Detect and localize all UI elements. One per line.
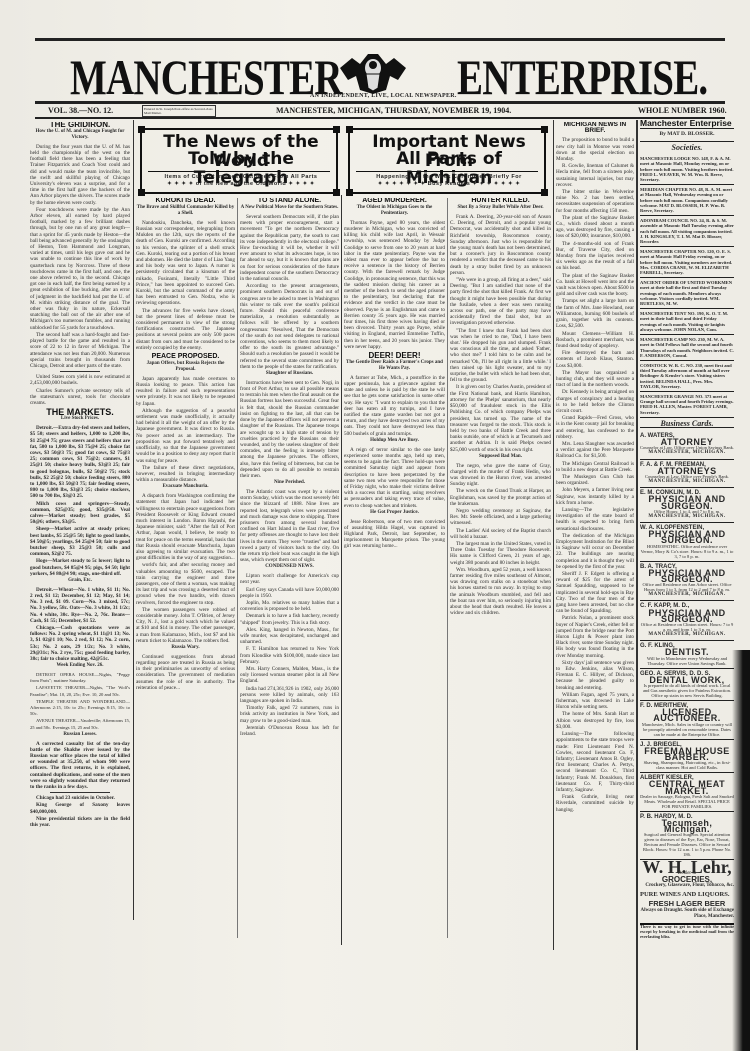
card-detail: Manchester, Mich. Sales in village or co… [640, 722, 734, 737]
article-paragraph: Jesse Robertson, one of two men convicte… [344, 519, 445, 550]
society-listing: ADONIRAM COUNCIL NO. 24, R. & S. M. asse… [640, 216, 734, 247]
market-paragraph: Sheep—Market active at steady prices; be… [30, 526, 130, 557]
brief-item: Fire destroyed the barn and contents of … [556, 350, 634, 369]
card-city: MANCHESTER, MICHIGAN. [640, 514, 734, 520]
directory-paper-name: Manchester Enterprise [640, 120, 734, 129]
article-paragraph: According to the present arrangements, p… [240, 283, 339, 370]
card-city: MANCHESTER, MICHIGAN. [640, 479, 734, 485]
condensed-item: India had 274,361,926 in 1902, only 26,0… [240, 686, 339, 705]
business-card: F. D. MERITHEW,LICENSED AUCTIONEER.Manch… [640, 701, 734, 740]
grain-paragraph: Chicago.—Cash quotations were as follows… [30, 625, 130, 662]
column-4: AGED MURDERER. The Oldest in Michigan Go… [344, 198, 445, 938]
business-card: B. A. TRACY,PHYSICIAN AND SURGEON.Office… [640, 562, 734, 602]
brief-item: The dedication of the Michigan Employmen… [556, 533, 634, 570]
markets-subheading: Live Stock Prices. [30, 416, 130, 422]
article-paragraph: Thomas Payne, aged 80 years, the oldest … [344, 220, 445, 350]
masthead-top-rule [35, 38, 725, 41]
kuroki-subheading: The Brave and Skillful Commander Killed … [136, 205, 235, 217]
nine-perished-heading: Nine Perished. [240, 480, 339, 486]
society-listing: MANCHESTER TENT NO. 190, K. O. T. M. mee… [640, 309, 734, 335]
society-listing: MERIDIAN CHAPTER NO. 48, R. A. M. meet a… [640, 185, 734, 216]
russian-losses-heading: Russian Losses. [30, 732, 130, 738]
lehr-wines: PURE WINES AND LIQUORS. [640, 892, 734, 898]
volume-number: VOL. 38.—NO. 12. [48, 106, 113, 115]
theater-line: LAFAYETTE THEATER—Nights, "The Wolf's Pa… [30, 685, 130, 697]
brief-item: Dr. Kennedy is being arraigned on charge… [556, 389, 634, 414]
proper-justice-heading: He Got Proper Justice. [344, 510, 445, 516]
brief-item: William Fagan, aged 75 years, a fisherma… [556, 692, 634, 711]
card-detail: Office at Residence on Clinton street. H… [640, 622, 734, 632]
hunter-killed-subheading: Shot By a Stray Bullet While After Deer. [450, 205, 551, 211]
card-detail: Will be in Manchester every Wednesday an… [640, 656, 734, 666]
business-card: A. WATERS,ATTORNEYCounselor at Law. Offi… [640, 431, 734, 460]
business-card: G. F. KLING,DENTIST.Will be in Mancheste… [640, 641, 734, 668]
card-title: LICENSED AUCTIONEER. [640, 709, 734, 721]
brief-item: Grand Rapids—Fred Gross, who is in the K… [556, 415, 634, 440]
article-paragraph: The negro, who gave the name of Gray, ch… [450, 463, 551, 488]
article-paragraph: The failure of these direct negotiations… [136, 465, 235, 484]
article-paragraph: During the four years that the U. of M. … [30, 144, 130, 206]
article-paragraph: The advances for five weeks have closed,… [136, 308, 235, 351]
russia-wary-heading: Russia Wary. [136, 645, 235, 651]
condensed-item: Earl Grey says Canada will have 50,000,0… [240, 587, 339, 599]
card-title: FREEMAN HOUSE BARBER. [640, 748, 734, 760]
card-title: Tecumseh, Michigan. [640, 820, 734, 832]
lehr-beer-sub: Always on Draught. South side of Exchang… [640, 908, 734, 920]
article-paragraph: Nandoukiu, Dancheka, the well known Russ… [136, 220, 235, 307]
business-card: C. F. KAPP, M. D.,PHYSICIAN AND SURGEON.… [640, 601, 734, 641]
brief-item: The Mayor has organized a hunting club, … [556, 370, 634, 389]
column-divider [636, 120, 638, 1050]
article-paragraph: "We were in a group, all firing at a dee… [450, 277, 551, 327]
theater-line: AVENUE THEATER—Vaudeville; Afternoons 15… [30, 718, 130, 730]
article-paragraph: A dispatch from Washington confirming th… [136, 493, 235, 561]
condensed-item: Denmark is to have a fish hatchery, rece… [240, 613, 339, 625]
brief-item: The plant of the Saginaw Basket Co., whi… [556, 215, 634, 240]
bad-man-heading: Supposed Bad Man. [450, 454, 551, 460]
market-paragraph: Detroit.—Extra dry-fed steers and heifer… [30, 425, 130, 499]
brief-item: Sixty days' jail sentence was given to E… [556, 660, 634, 691]
deer-subheading: The Gentle Deer Raids a Farmer's Crops a… [344, 360, 445, 372]
column-divider [447, 198, 448, 938]
card-title: PHYSICIAN AND SURGEON. [640, 570, 734, 582]
article-paragraph: Instructions have been sent to Gen. Nogi… [240, 380, 339, 479]
article-paragraph: A corrected casualty list of the ten-day… [30, 741, 130, 791]
article-paragraph: Four touchdowns were made by the Ann Arb… [30, 207, 130, 331]
theaters-heading: Week Ending Nov. 26. [30, 663, 130, 669]
michigan-news-subtitle-line1: Happenings of the Week Chronicled Briefl… [354, 174, 544, 180]
brief-item: The home of Mrs. Sarah Hart at Albion wa… [556, 711, 634, 730]
card-city: MANCHESTER, MICHIGAN. [640, 632, 734, 638]
card-title: PHYSICIAN AND SURGEON. [640, 496, 734, 508]
brief-item: The Muskegon Gun Club has been organized… [556, 474, 634, 486]
card-detail: Is prepared to do all kinds of dental wo… [640, 683, 734, 698]
michigan-brief-heading: MICHIGAN NEWS IN BRIEF. [556, 122, 634, 134]
brief-item: Negro wedding ceremony at Saginaw, the R… [450, 508, 551, 527]
society-listing: MANCHESTER CAMP NO. 230, M. W. A. meet i… [640, 335, 734, 361]
article-paragraph: Continued suggestions from abroad regard… [136, 654, 235, 691]
business-card: J. J. BRIEGEL,FREEMAN HOUSE BARBER.Shavi… [640, 740, 734, 774]
world-news-subtitle-line2: ✦ ✦ ✦ ✦ of the New and the Old World ✦ ✦… [146, 181, 336, 187]
lehr-beer: FRESH LAGER BEER [640, 901, 734, 907]
lehr-name: W. H. Lehr, [640, 864, 734, 870]
directory-publisher: By MAT D. BLOSSER. [640, 132, 734, 138]
brief-item: Frank Guthrie, living near Riverdale, co… [556, 794, 634, 813]
stand-alone-heading: TO STAND ALONE. [240, 198, 339, 204]
manchuria-heading: Evacuate Manchuria. [136, 484, 235, 490]
peace-heading: PEACE PROPOSED. [136, 354, 235, 360]
whole-number: WHOLE NUMBER 1960. [638, 106, 727, 115]
condensed-item: F. T. Hamilton has returned to New York … [240, 646, 339, 665]
society-listing: ANCIENT ORDER OF UNITED WORKMEN meet at … [640, 278, 734, 309]
condensed-item: Lipton won't challenge for America's cup… [240, 573, 339, 585]
slaughter-heading: Slaughter of Russians. [240, 371, 339, 377]
world-news-banner: The News of the World Told by the Telegr… [140, 128, 338, 194]
news-note: King George of Saxony leaves $40,000,000… [30, 802, 130, 814]
card-city: MANCHESTER, MICHIGAN. [640, 450, 734, 456]
brief-item: John Meyers, a farmer living near Sagina… [556, 487, 634, 506]
card-title: CENTRAL MEAT MARKET. [640, 781, 734, 793]
article-paragraph: "The first I knew that Frank had been sh… [450, 328, 551, 384]
brief-item: The Ladies' Aid society of the Baptist c… [450, 528, 551, 540]
lehr-groceries-sub: Crockery, Glassware, Flour, Tobacco, &c. [640, 883, 734, 889]
condensed-item: Jeremiah O'Donovan Rossa has left for Ir… [240, 725, 339, 737]
kuroki-heading: KUROKI IS DEAD. [136, 198, 235, 204]
condensed-item: Timothy Falk, aged 72 summers, runs in b… [240, 705, 339, 724]
grain-heading: Grain, Etc. [30, 578, 130, 584]
article-paragraph: Frank A. Deering, 20-year-old son of Ans… [450, 214, 551, 276]
stand-alone-subheading: A New Political Move for the Southern St… [240, 205, 339, 211]
brief-item: The proposition to bond to build a new c… [556, 137, 634, 162]
column-2: KUROKI IS DEAD. The Brave and Skillful C… [136, 198, 235, 938]
business-card: GEO. A. SERVIS, D. D. S.DENTAL WORK,Is p… [640, 669, 734, 701]
brief-item: Patrick Nolan, a prominent stock buyer o… [556, 615, 634, 658]
business-card: E. M. CONKLIN, M. D.PHYSICIAN AND SURGEO… [640, 488, 734, 523]
deer-heading: DEER! DEER! [344, 353, 445, 359]
brief-item: Lansing—The following appointments to th… [556, 731, 634, 793]
article-paragraph: world's fair, and after securing money a… [136, 562, 235, 605]
brief-item: The wreck on the Grand Trunk at Harper, … [450, 488, 551, 507]
peace-subheading: Japan Offers, but Russia Rejects the Pro… [136, 361, 235, 373]
postal-entry-note: Entered in St. Joseph Post-office as Sec… [142, 105, 216, 117]
card-detail: HOMEOPATHIC. Office and residence over V… [640, 544, 734, 559]
aged-murderer-heading: AGED MURDERER. [344, 198, 445, 204]
article-paragraph: A reign of terror similar to the one lat… [344, 447, 445, 509]
brief-item: The Michigan Central Railroad is to buil… [556, 461, 634, 473]
column-divider [133, 120, 134, 920]
news-note: United States corn yield is now estimate… [30, 374, 130, 386]
article-paragraph: Although the suggestion of a peaceful se… [136, 408, 235, 464]
article-paragraph: Japan apparently has made overtures to R… [136, 376, 235, 407]
article-paragraph: The second half was a hard-fought and fa… [30, 332, 130, 369]
brief-item: The bitter strike in Wolverine mine No. … [556, 189, 634, 214]
article-paragraph: The Atlantic coast was swept by a violen… [240, 489, 339, 563]
article-paragraph: Wm. Woodburn, aged 52 years, a well know… [450, 567, 551, 617]
aged-murderer-subheading: The Oldest in Michigan Goes to the Penit… [344, 205, 445, 217]
article-paragraph: A farmer at Tobe, Mich., a postoffice in… [344, 375, 445, 437]
news-note: Charles Sumner's private secretary tells… [30, 388, 130, 407]
card-detail: Surgical and General Surgeon. Special at… [640, 832, 734, 857]
masthead-bottom-rule [35, 101, 725, 104]
grain-paragraph: Detroit.—Wheat—No. 1 white, $1 11; No. 2… [30, 587, 130, 624]
scan-dark-edge [732, 650, 750, 1051]
theater-line: DETROIT OPERA HOUSE—Nights, "Peggy from … [30, 672, 130, 684]
brief-item: R. Gowlie, lineman of Calumet & Hecla mi… [556, 163, 634, 188]
article-paragraph: The women passengers were robbed of cons… [136, 607, 235, 644]
condensed-item: Mrs. Harry Conners, Malden, Mass., is th… [240, 666, 339, 685]
brief-item: Sheriff J. F. Edgett is offering a rewar… [556, 571, 634, 614]
card-title: PHYSICIAN AND SURGEON. [640, 610, 734, 622]
society-listing: MANCHESTER LODGE NO. 148, F. & A. M. mee… [640, 154, 734, 185]
news-note: Chicago had 23 suicides in October. [30, 795, 130, 801]
brief-item: Mrs. Lena Slaughter was awarded a verdic… [556, 441, 634, 460]
michigan-news-banner: Important News From All Parts of Michiga… [348, 128, 546, 194]
michigan-news-subtitle-line2: ✦ ✦ ✦ ✦ ✦ ✦ ✦ Busy Readers ✦ ✦ ✦ ✦ ✦ ✦ ✦ [354, 181, 544, 187]
card-city: MANCHESTER, MICHIGAN. [640, 592, 734, 598]
column-5: HUNTER KILLED. Shot By a Stray Bullet Wh… [450, 198, 551, 943]
world-news-subtitle-line1: Items of Current Interest Gathered From … [146, 174, 336, 180]
column-1: THE GRIDIRON. How the U. of M. and Chica… [30, 122, 130, 937]
card-detail: Shaving, Shampooing, Haircutting, etc., … [640, 760, 734, 770]
eagle-shield-emblem-icon [338, 50, 408, 94]
gridiron-heading: THE GRIDIRON. [30, 122, 130, 128]
brief-item: Tramps set alight a large barn on the fa… [556, 298, 634, 329]
masthead-title-right: ENTERPRISE. [457, 52, 707, 102]
brief-item: The largest man in the United States, vo… [450, 541, 551, 566]
column-3: TO STAND ALONE. A New Political Move for… [240, 198, 339, 938]
news-note: Nine presidential tickets are in the fie… [30, 816, 130, 828]
condensed-item: Joplin, Mo. relatives so many babies tha… [240, 600, 339, 612]
market-paragraph: Hogs—Market steady to 5c lower; light to… [30, 558, 130, 577]
brief-item: The plant of the Saginaw Basket Co. bank… [556, 273, 634, 298]
article-paragraph: It is given out by Charles Austin, presi… [450, 384, 551, 452]
dateline: MANCHESTER, MICHIGAN, THURSDAY, NOVEMBER… [276, 106, 511, 115]
article-paragraph: Several southern Democrats will, if the … [240, 214, 339, 282]
societies-heading: Societies. [640, 145, 734, 151]
business-card: W. A. KLOPFENSTEIN,PHYSICIAN AND SURGEON… [640, 523, 734, 562]
markets-heading: THE MARKETS. [30, 409, 130, 415]
business-directory: Manchester Enterprise By MAT D. BLOSSER.… [640, 120, 734, 1025]
masthead-tagline: AN INDEPENDENT, LIVE, LOCAL NEWSPAPER. [310, 93, 457, 99]
hunter-killed-heading: HUNTER KILLED. [450, 198, 551, 204]
business-card: ALBERT KIESLER,CENTRAL MEAT MARKET.Deale… [640, 773, 734, 812]
market-paragraph: Milch cows and springers—Steady, common,… [30, 501, 130, 526]
dateline-rule [35, 117, 725, 119]
column-6: MICHIGAN NEWS IN BRIEF. The proposition … [556, 122, 634, 942]
business-card: F. A. & F. M. FREEMAN,ATTORNEYSCounselor… [640, 460, 734, 489]
condensed-news-heading: CONDENSED NEWS. [240, 564, 339, 570]
lehr-advertisement: W. H. Lehr, Dealer in GROCERIES, Crocker… [640, 864, 734, 939]
condensed-item: Alex. King, hanged in Newton, Mass., for… [240, 627, 339, 646]
business-card: P. B. HARDY, M. D.Tecumseh, Michigan.Sur… [640, 812, 734, 861]
brief-item: Mount Clemens—William H. Rosbach, a prom… [556, 331, 634, 350]
column-divider [553, 120, 554, 950]
society-listing: COMSTOCK W. R. C. NO. 230, meet first an… [640, 361, 734, 392]
card-title: PHYSICIAN AND SURGEON. [640, 531, 734, 543]
society-listing: MANCHESTER GRANGE NO. 373 meet at Grange… [640, 392, 734, 418]
column-divider [237, 198, 238, 938]
brief-item: Lansing—The legislative investigation of… [556, 507, 634, 532]
business-cards: A. WATERS,ATTORNEYCounselor at Law. Offi… [640, 431, 734, 861]
business-cards-heading: Business Cards. [640, 421, 734, 428]
masthead-title-left: MANCHESTER [70, 52, 342, 102]
card-detail: Dealer in Sausage, Bologna, Fresh Salt a… [640, 794, 734, 809]
gridiron-subheading: How the U. of M. and Chicago Fought for … [30, 129, 130, 141]
newspaper-page: MANCHESTER ENTERPRISE. AN INDEPENDENT, L… [0, 0, 750, 1051]
brief-item: The 4-months-old son of Frank Bur, of Tr… [556, 241, 634, 272]
card-detail: Office and Residence on Ann Arbor street… [640, 582, 734, 592]
theater-line: TEMPLE THEATER AND WONDERLAND—Afternoons… [30, 699, 130, 718]
holdup-heading: Holdup Men Are Busy. [344, 438, 445, 444]
lehr-footer: There is no way to get in tune with the … [640, 923, 734, 939]
column-divider [341, 195, 342, 945]
society-listing: MANCHESTER CHAPTER NO. 120, O. E. S. mee… [640, 247, 734, 278]
